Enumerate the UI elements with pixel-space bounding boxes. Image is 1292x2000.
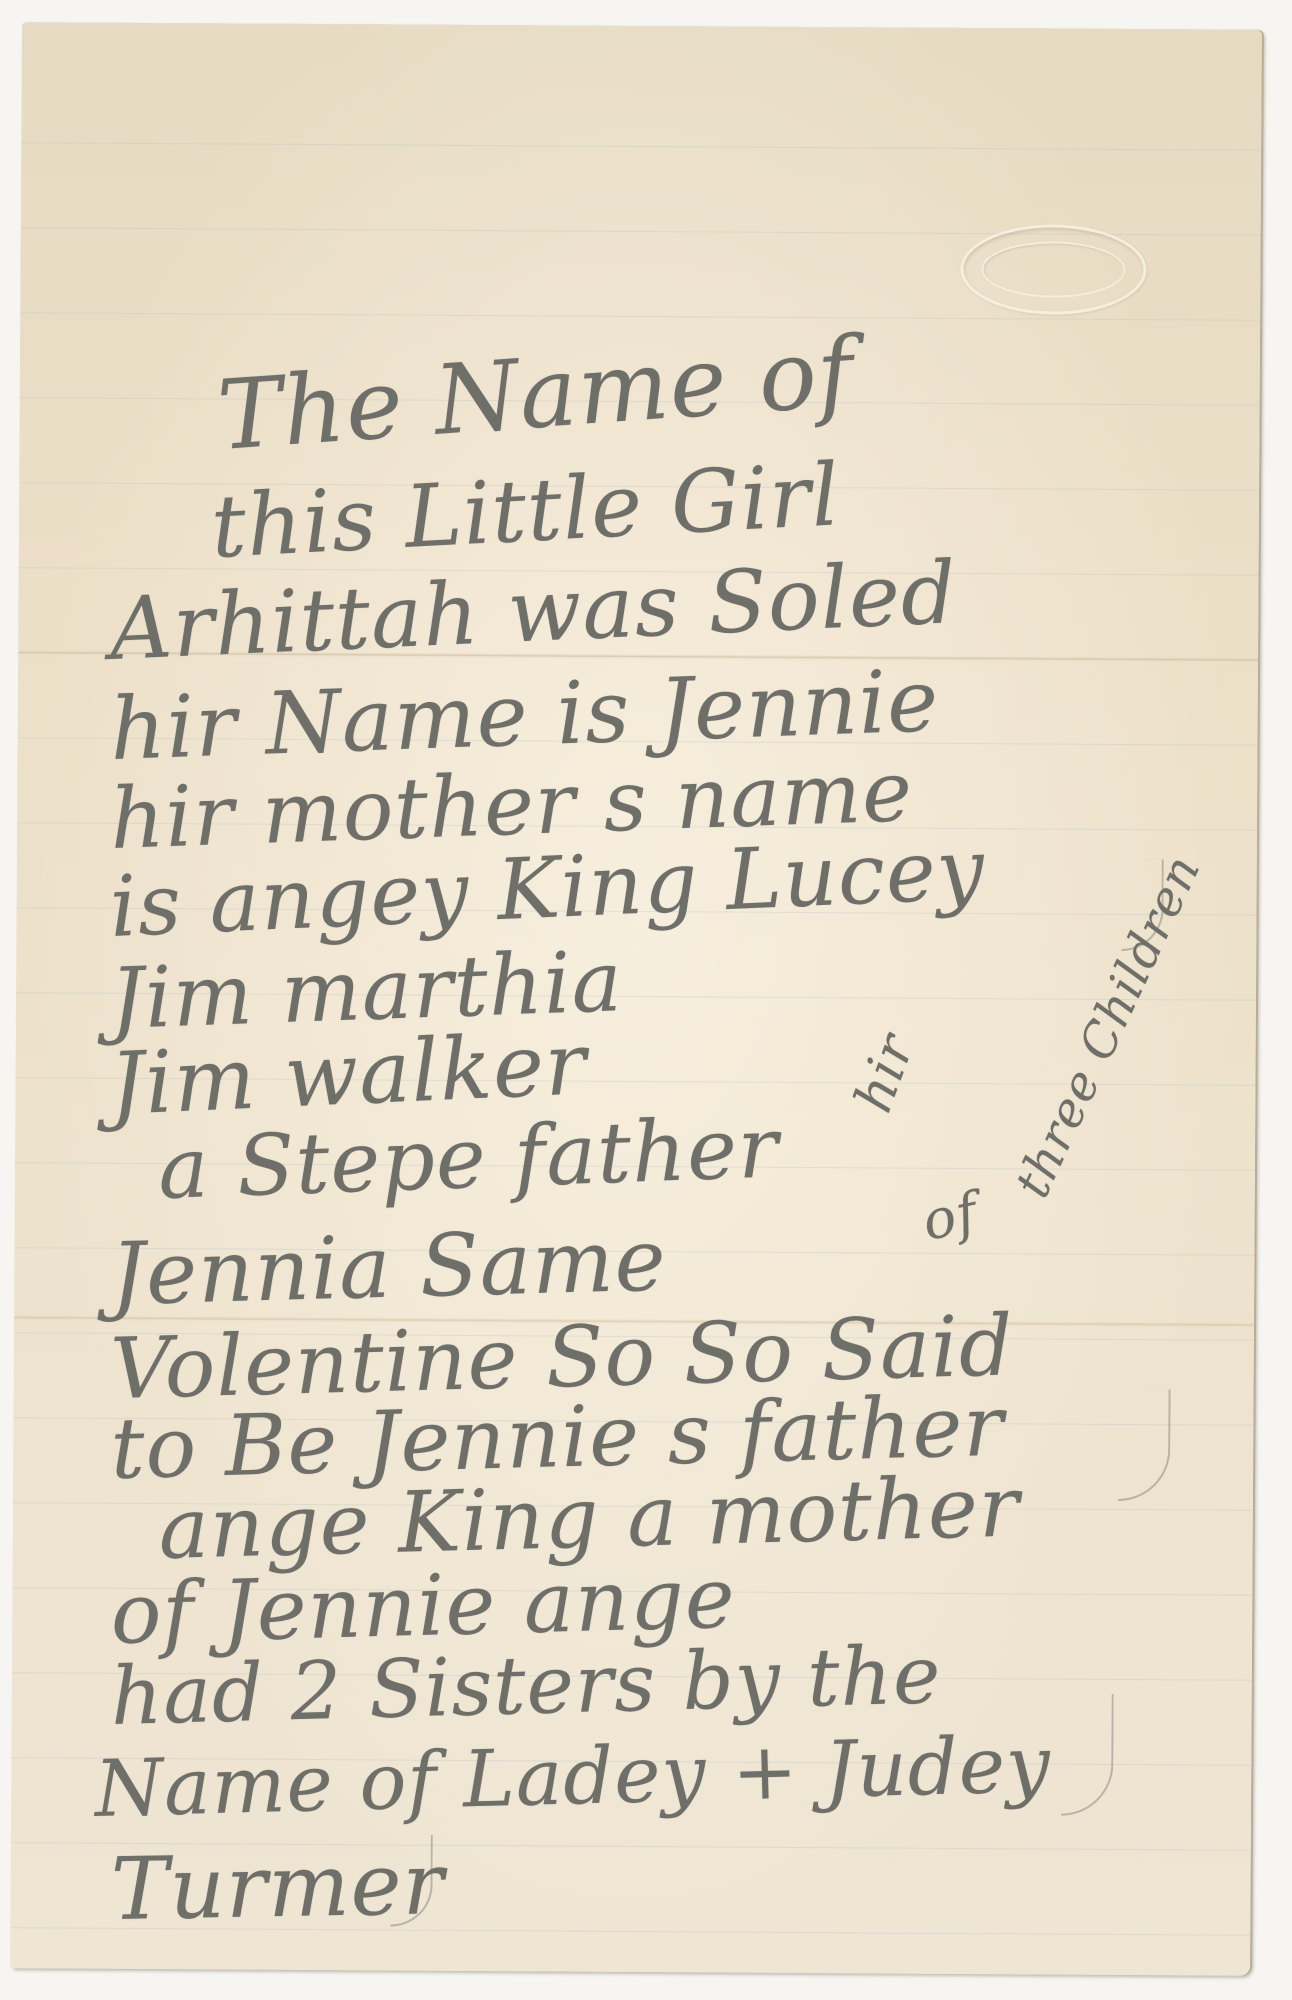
scanned-document: The Name of this Little Girl Arhittah wa… — [0, 0, 1292, 2000]
ruled-line — [21, 142, 1261, 151]
bracket-flourish — [1061, 1694, 1114, 1816]
handwritten-line: Turmer — [110, 1834, 445, 1940]
embossed-stamp — [960, 224, 1147, 315]
bracket-flourish — [1118, 1389, 1171, 1501]
embossed-stamp-text — [981, 241, 1125, 298]
